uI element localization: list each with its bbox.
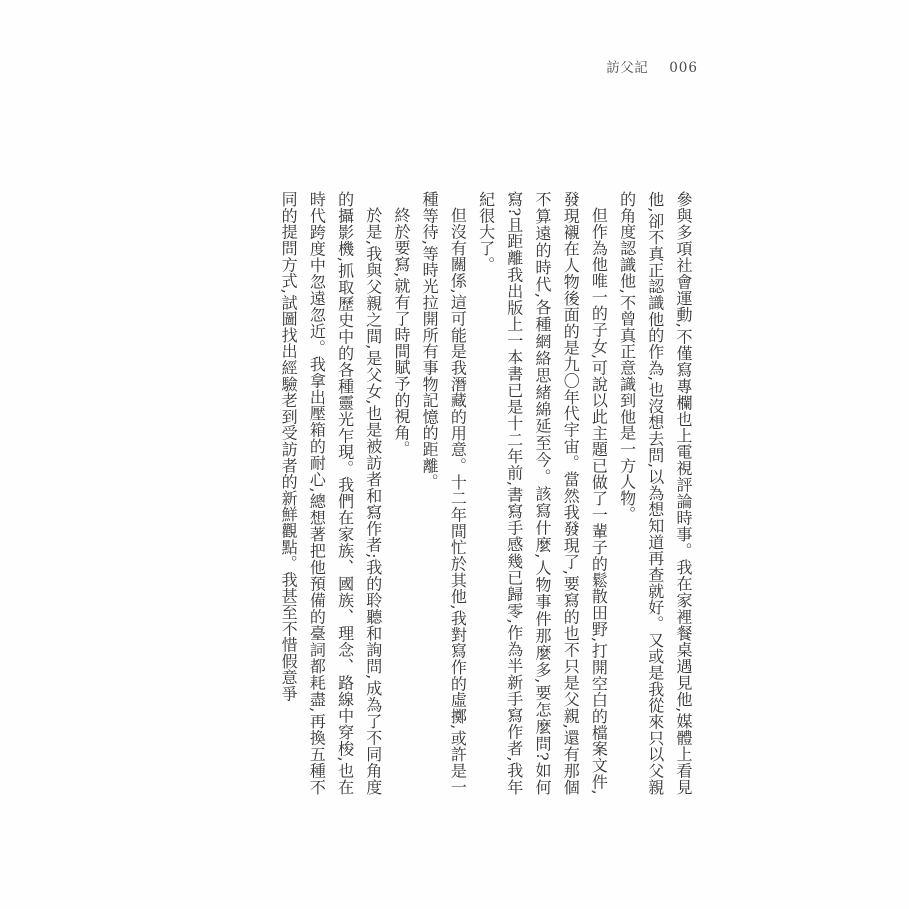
paragraph: 但作為他唯一的子女,可說以此主題已做了一輩子的鬆散田野,打開空白的檔案文件,發現… [471, 191, 612, 795]
paragraph: 終於要寫,就有了時間賦予的視角。 [387, 191, 415, 795]
page-header: 訪父記 006 [606, 56, 698, 76]
paragraph: 參與多項社會運動,不僅寫專欄也上電視評論時事。我在家裡餐桌遇見他,媒體上看見他,… [612, 191, 697, 795]
body-text: 參與多項社會運動,不僅寫專欄也上電視評論時事。我在家裡餐桌遇見他,媒體上看見他,… [274, 191, 697, 795]
paragraph: 於是,我與父親之間,是父女,也是被訪者和寫作者;我的聆聽和詢問,成為了不同角度的… [274, 191, 387, 795]
page-number: 006 [669, 60, 698, 76]
paragraph: 但沒有關係,這可能是我潛藏的用意。十二年間忙於其他,我對寫作的虛擲,或許是一種等… [415, 191, 471, 795]
book-page: 訪父記 006 參與多項社會運動,不僅寫專欄也上電視評論時事。我在家裡餐桌遇見他… [0, 0, 909, 909]
book-title: 訪父記 [606, 56, 648, 76]
